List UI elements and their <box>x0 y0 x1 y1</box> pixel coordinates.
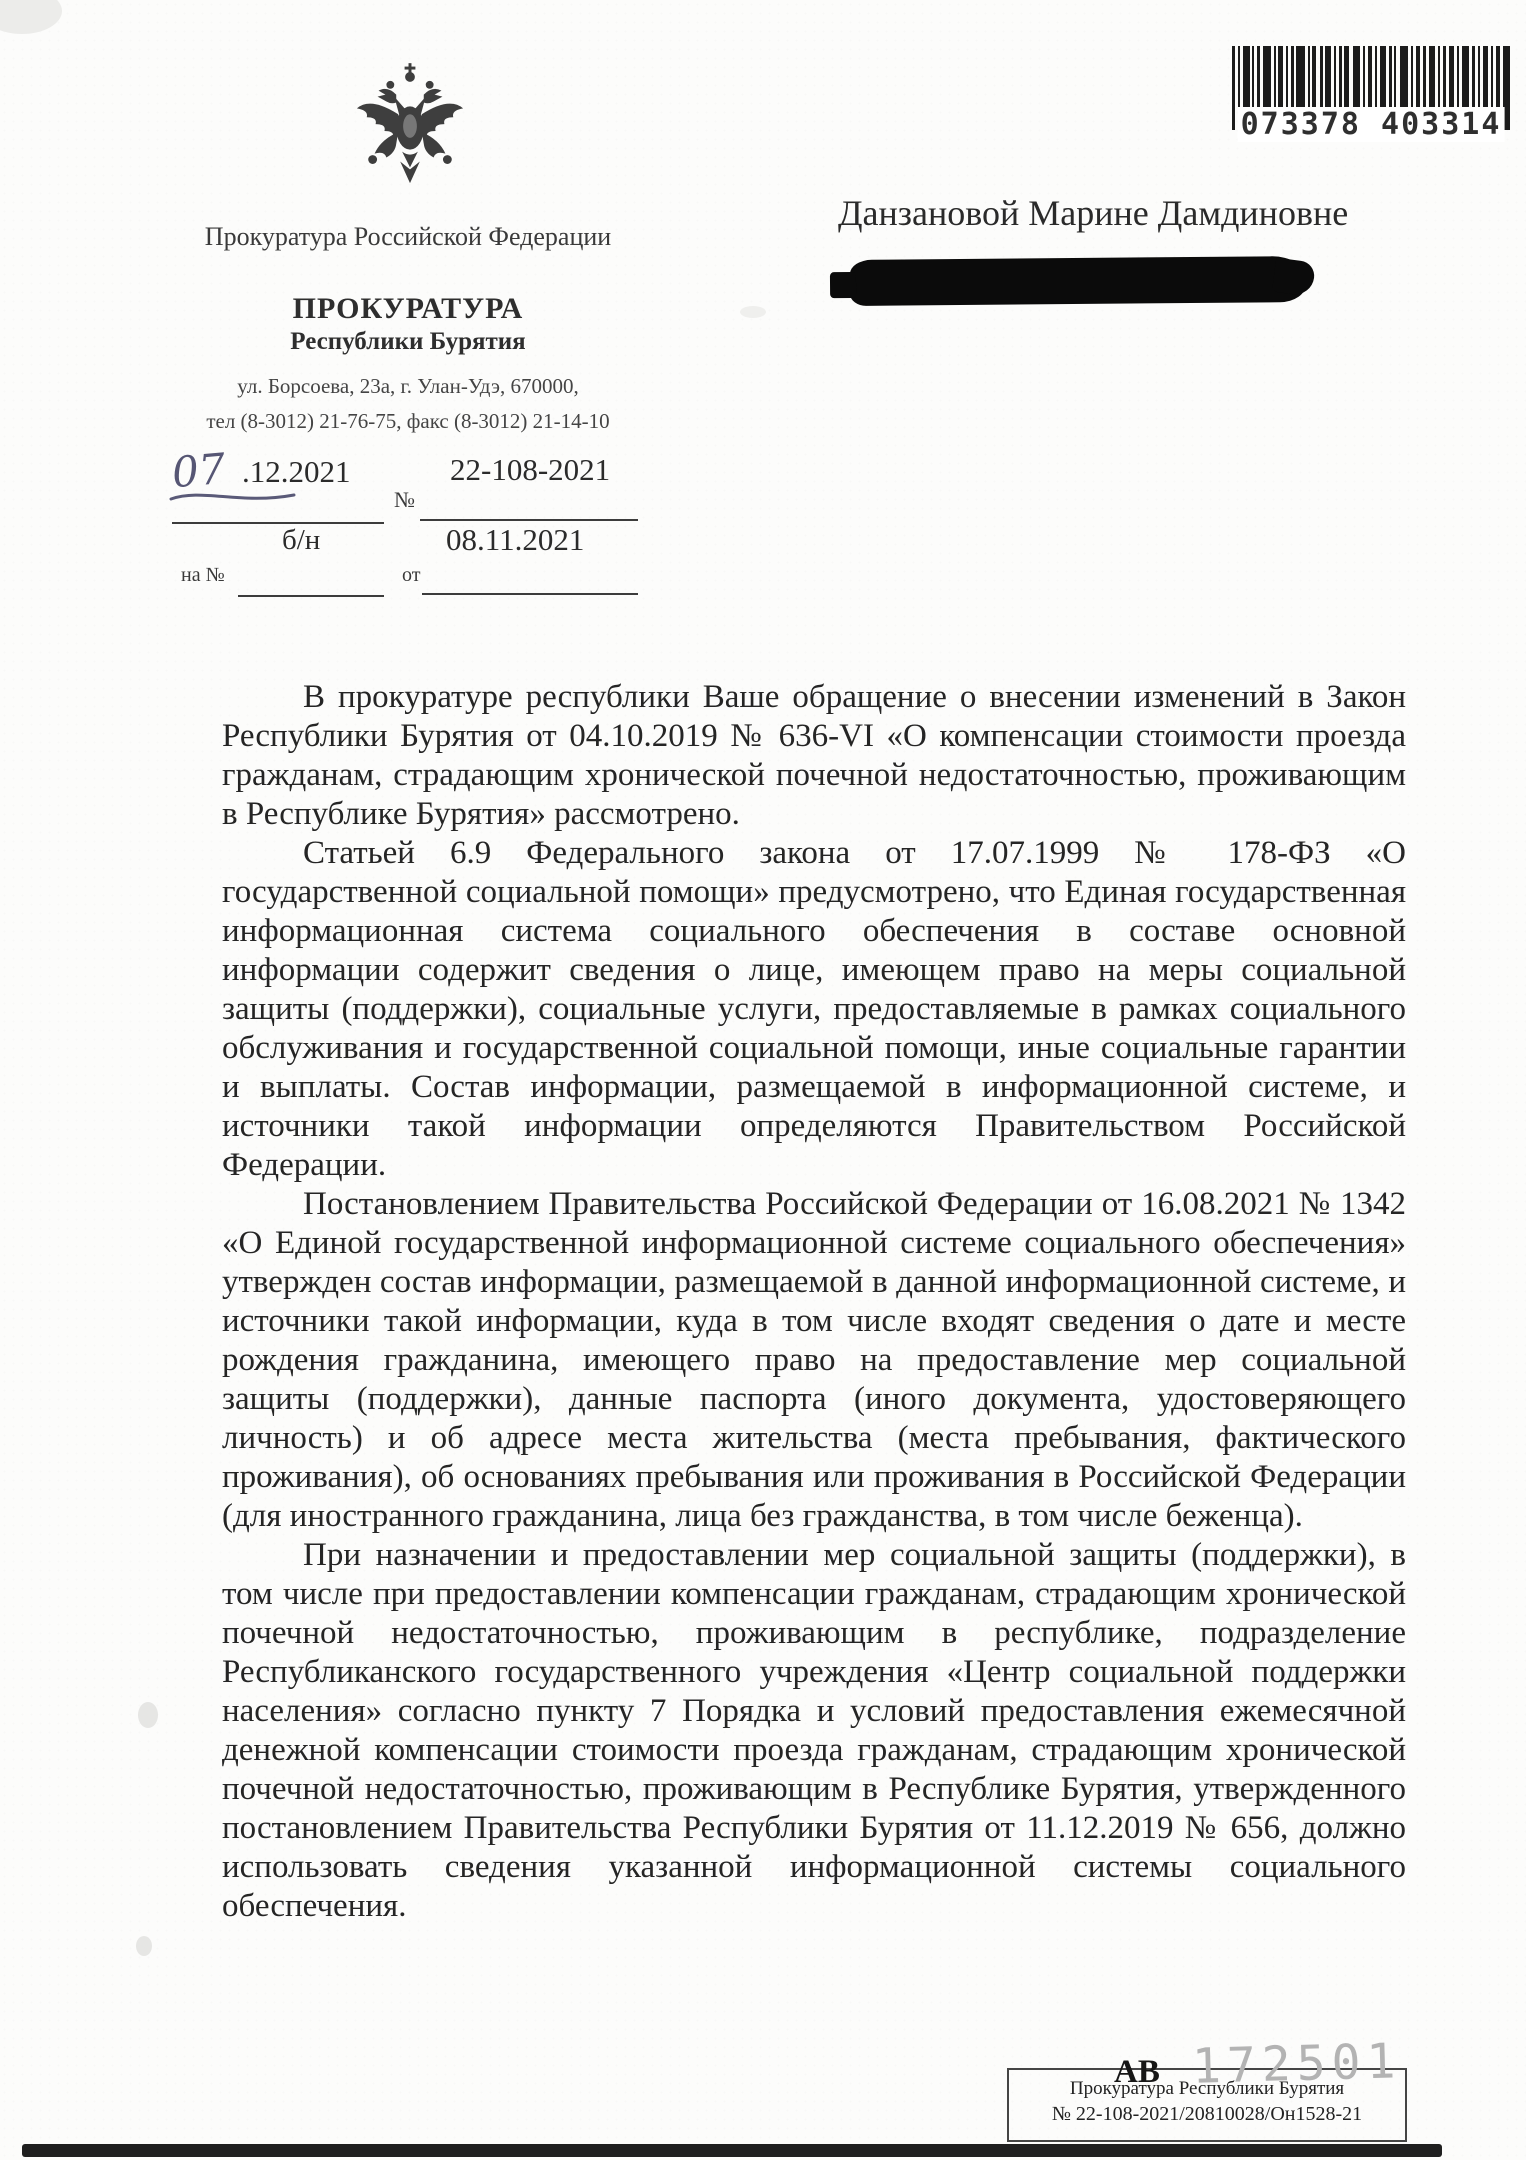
paragraph-conclusion: При назначении и предоставлении мер соци… <box>222 1536 1406 1926</box>
barcode-digits: 073378 403314 <box>1238 107 1505 142</box>
number-label: № <box>394 487 415 513</box>
incoming-date: 08.11.2021 <box>446 522 584 558</box>
date-underline <box>172 522 384 524</box>
stamp-number-line: № 22-108-2021/20810028/Он1528-21 <box>1009 2103 1405 2126</box>
scan-artifact <box>138 1702 158 1728</box>
org-phone-fax: тел (8-3012) 21-76-75, факс (8-3012) 21-… <box>150 409 666 434</box>
org-federation-line: Прокуратура Российской Федерации <box>150 222 666 252</box>
org-address: ул. Борсоева, 23а, г. Улан-Удэ, 670000, <box>150 374 666 399</box>
incoming-number: б/н <box>282 524 320 557</box>
recipient-name: Данзановой Марине Дамдиновне <box>838 192 1348 234</box>
number-underline <box>420 519 638 521</box>
scan-artifact <box>0 0 62 34</box>
paragraph-government-decree: Постановлением Правительства Российской … <box>222 1185 1406 1536</box>
blank-series-prefix: АВ <box>1114 2054 1160 2091</box>
scan-artifact <box>136 1936 152 1956</box>
reply-number-underline <box>238 595 384 597</box>
outgoing-date: .12.2021 <box>242 454 351 490</box>
reply-date-underline <box>422 593 638 595</box>
scan-edge-strip <box>22 2144 1442 2157</box>
paragraph-federal-law: Статьей 6.9 Федерального закона от 17.07… <box>222 834 1406 1185</box>
blank-serial-number: 172501 <box>1191 2033 1402 2094</box>
org-name: ПРОКУРАТУРА <box>150 292 666 326</box>
registration-barcode: 073378 403314 <box>1232 46 1510 142</box>
letter-body: В прокуратуре республики Ваше обращение … <box>222 678 1406 1926</box>
outgoing-number: 22-108-2021 <box>450 452 610 488</box>
scanned-letter-page: Прокуратура Российской Федерации ПРОКУРА… <box>0 0 1526 2160</box>
org-region: Республики Бурятия <box>150 328 666 356</box>
from-label: от <box>402 564 420 587</box>
reply-to-label: на № <box>181 564 225 587</box>
scan-artifact <box>740 306 766 318</box>
coat-of-arms-eagle-icon <box>351 60 469 207</box>
redaction-marker-bar <box>850 256 1306 306</box>
paragraph-intro: В прокуратуре республики Ваше обращение … <box>222 678 1406 834</box>
